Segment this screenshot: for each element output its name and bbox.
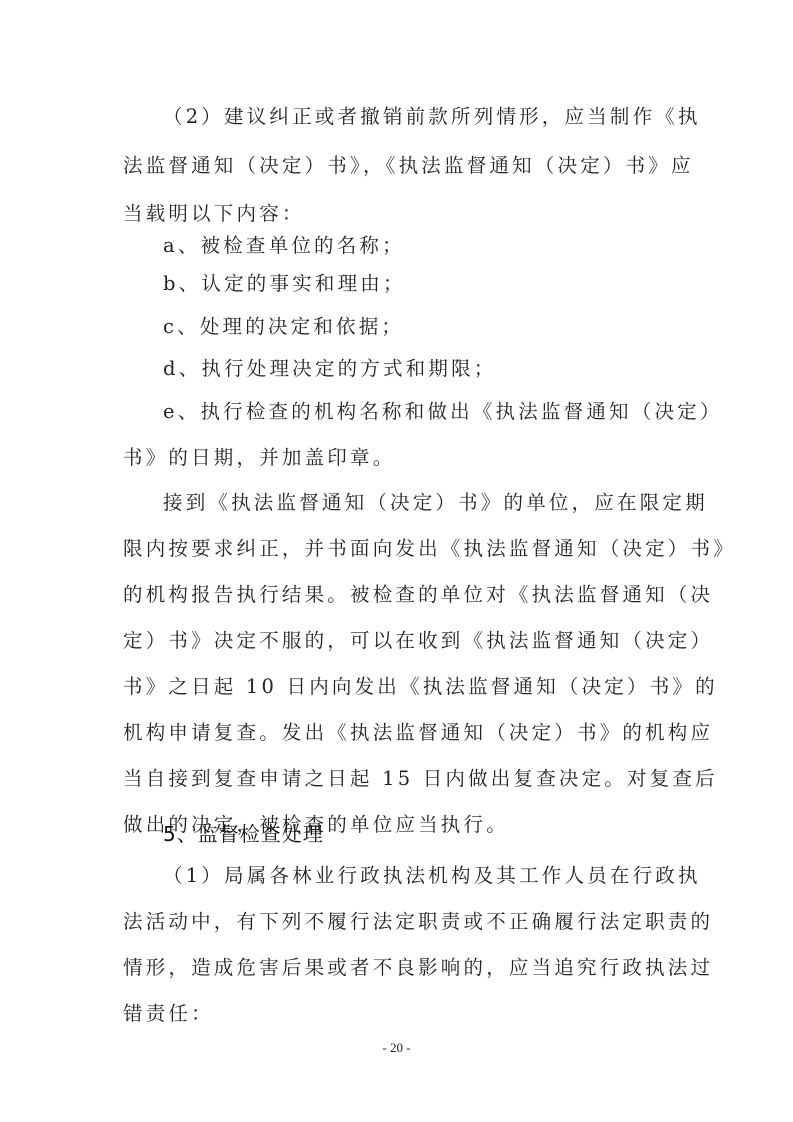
paragraph-2-line-2: 法监督通知（决定）书》，《执法监督通知（决定）书》应 bbox=[123, 152, 683, 180]
list-item-e-line-2: 书》的日期，并加盖印章。 bbox=[123, 444, 683, 472]
list-item-d: d、执行处理决定的方式和期限； bbox=[163, 355, 723, 383]
paragraph-1-line-3: 情形，造成危害后果或者不良影响的，应当追究行政执法过 bbox=[123, 954, 683, 982]
list-item-a: a、被检查单位的名称； bbox=[163, 232, 723, 260]
paragraph-receipt-line-4: 定）书》决定不服的，可以在收到《执法监督通知（决定） bbox=[123, 627, 683, 655]
paragraph-1-line-1: （1）局属各林业行政执法机构及其工作人员在行政执 bbox=[163, 862, 723, 890]
paragraph-receipt-line-3: 的机构报告执行结果。被检查的单位对《执法监督通知（决 bbox=[123, 581, 683, 609]
document-page: （2）建议纠正或者撤销前款所列情形，应当制作《执 法监督通知（决定）书》，《执法… bbox=[0, 0, 793, 1122]
paragraph-receipt-line-1: 接到《执法监督通知（决定）书》的单位，应在限定期 bbox=[163, 489, 723, 517]
paragraph-2-line-3: 当载明以下内容： bbox=[123, 200, 683, 228]
paragraph-2-line-1: （2）建议纠正或者撤销前款所列情形，应当制作《执 bbox=[163, 103, 723, 131]
list-item-c: c、处理的决定和依据； bbox=[163, 313, 723, 341]
list-item-e-line-1: e、执行检查的机构名称和做出《执法监督通知（决定） bbox=[163, 398, 723, 426]
paragraph-1-line-4: 错责任： bbox=[123, 1000, 683, 1028]
paragraph-receipt-line-6: 机构申请复查。发出《执法监督通知（决定）书》的机构应 bbox=[123, 719, 683, 747]
paragraph-1-line-2: 法活动中，有下列不履行法定职责或不正确履行法定职责的 bbox=[123, 908, 683, 936]
page-number: - 20 - bbox=[0, 1040, 793, 1056]
list-item-b: b、认定的事实和理由； bbox=[163, 270, 723, 298]
paragraph-receipt-line-5: 书》之日起 10 日内向发出《执法监督通知（决定）书》的 bbox=[123, 673, 683, 701]
paragraph-receipt-line-2: 限内按要求纠正，并书面向发出《执法监督通知（决定）书》 bbox=[123, 535, 683, 563]
section-heading: 5、监督检查处理 bbox=[163, 820, 723, 848]
paragraph-receipt-line-7: 当自接到复查申请之日起 15 日内做出复查决定。对复查后 bbox=[123, 765, 683, 793]
